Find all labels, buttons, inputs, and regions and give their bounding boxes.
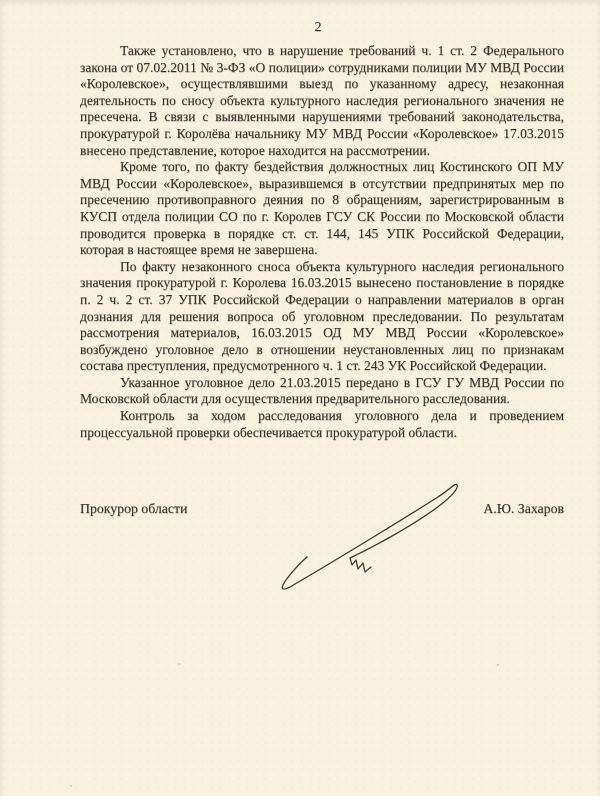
scanned-document-page: 2 Также установлено, что в нарушение тре… xyxy=(0,0,600,800)
signature-ink xyxy=(270,478,470,598)
paper-speck xyxy=(70,785,72,787)
paragraph-3: По факту незаконного сноса объекта культ… xyxy=(80,259,564,375)
paragraph-4: Указанное уголовное дело 21.03.2015 пере… xyxy=(80,375,564,408)
document-body: Также установлено, что в нарушение требо… xyxy=(80,43,564,441)
paper-speck xyxy=(497,664,499,666)
page-number: 2 xyxy=(0,20,600,36)
signoff-title: Прокурор области xyxy=(80,501,187,517)
paragraph-5: Контроль за ходом расследования уголовно… xyxy=(80,408,564,441)
paragraph-2: Кроме того, по факту бездействия должнос… xyxy=(80,159,564,259)
paragraph-1: Также установлено, что в нарушение требо… xyxy=(80,43,564,159)
signoff-name: А.Ю. Захаров xyxy=(483,501,564,517)
scan-edge xyxy=(0,796,600,800)
paper-speck xyxy=(178,663,180,665)
